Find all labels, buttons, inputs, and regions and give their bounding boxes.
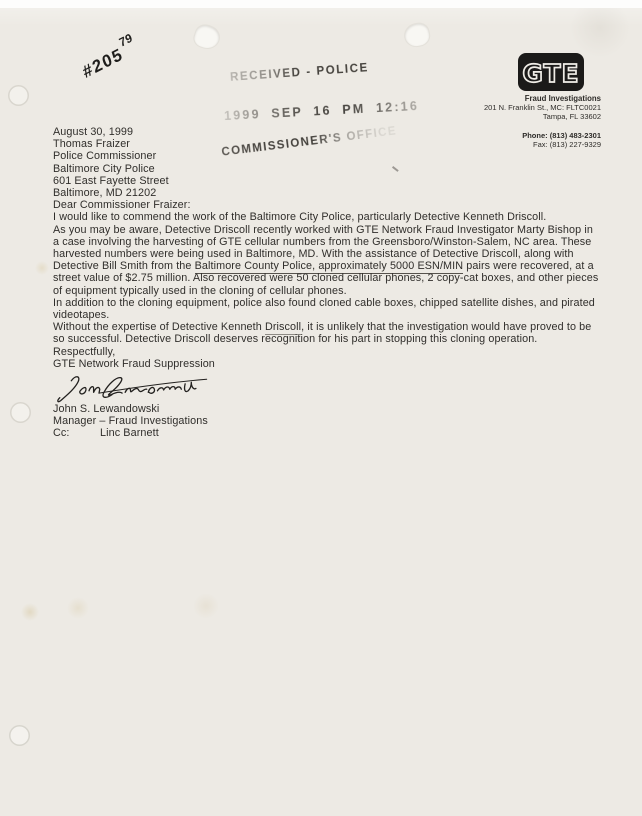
punch-hole-left-upper — [8, 85, 29, 106]
cc-name: Linc Barnett — [100, 427, 159, 439]
recipient-org: Baltimore City Police — [53, 163, 602, 175]
closing-org: GTE Network Fraud Suppression — [53, 358, 602, 370]
scanned-letter-page: #20579 RECEIVED - POLICE 1999 SEP 16 PM … — [0, 0, 642, 816]
closing-block: Respectfully, GTE Network Fraud Suppress… — [53, 346, 602, 370]
signature — [53, 370, 602, 403]
letterhead-city: Tampa, FL 33602 — [484, 112, 601, 121]
paper: #20579 RECEIVED - POLICE 1999 SEP 16 PM … — [0, 8, 642, 816]
stamp-received-police: RECEIVED - POLICE — [230, 62, 370, 84]
handwritten-case-number: #20579 — [79, 36, 138, 83]
paragraph-4: Without the expertise of Detective Kenne… — [53, 321, 602, 345]
gte-logo-text: GTE — [522, 59, 579, 88]
punch-hole-top-right — [403, 22, 431, 49]
signer-block: John S. Lewandowski Manager – Fraud Inve… — [53, 403, 602, 427]
cc-row: Cc:Linc Barnett — [53, 427, 602, 439]
letter-body: August 30, 1999 Thomas Fraizer Police Co… — [53, 126, 602, 440]
closing-respectfully: Respectfully, — [53, 346, 602, 358]
recipient-name: Thomas Fraizer — [53, 138, 602, 150]
signer-name: John S. Lewandowski — [53, 403, 602, 415]
gte-logo: GTE — [517, 52, 585, 92]
cc-label: Cc: — [53, 427, 100, 439]
recipient-title: Police Commissioner — [53, 150, 602, 162]
paragraph-1: I would like to commend the work of the … — [53, 211, 602, 223]
punch-hole-top-left — [192, 23, 222, 51]
letterhead-street: 201 N. Franklin St., MC: FLTC0021 — [484, 103, 601, 112]
signer-title: Manager – Fraud Investigations — [53, 415, 602, 427]
paragraph-4-text: Without the expertise of Detective Kenne… — [53, 321, 265, 333]
recipient-block: Thomas Fraizer Police Commissioner Balti… — [53, 138, 602, 199]
handwritten-main: #205 — [80, 44, 126, 82]
paragraph-3: In addition to the cloning equipment, po… — [53, 297, 602, 321]
salutation: Dear Commissioner Fraizer: — [53, 199, 602, 211]
punch-hole-left-lower — [9, 725, 30, 746]
recipient-city: Baltimore, MD 21202 — [53, 187, 602, 199]
letter-date: August 30, 1999 — [53, 126, 602, 138]
stamp-date-time: 1999 SEP 16 PM 12:16 — [224, 99, 420, 123]
letterhead-department: Fraud Investigations — [484, 94, 601, 103]
recipient-street: 601 East Fayette Street — [53, 175, 602, 187]
paragraph-2: As you may be aware, Detective Driscoll … — [53, 224, 602, 297]
punch-hole-left-middle — [10, 402, 31, 423]
